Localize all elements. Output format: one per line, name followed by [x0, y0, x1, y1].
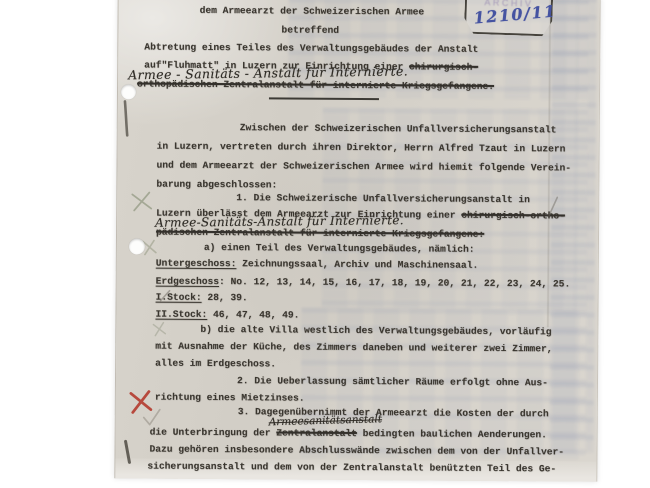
typed-line-betreffend: betreffend: [281, 24, 339, 36]
struck-segment: pädischen Zentralanstalt für internierte…: [156, 227, 484, 240]
typed-line: alles im Erdgeschoss.: [155, 358, 276, 371]
archival-document-photo: ARCHIV 1210/111 und dem Armeearzt der Sc…: [0, 0, 650, 488]
typed-line: Zwischen der Schweizerischen Unfallversi…: [240, 122, 557, 136]
typed-line-stock-2: II.Stock: 46, 47, 48, 49.: [155, 309, 299, 322]
typed-line-party: dem Armeearzt der Schweizerischen Armee: [200, 5, 425, 19]
typed-line-clause-2: 2. Die Ueberlassung sämtlicher Räume erf…: [237, 375, 548, 389]
red-x-mark: [131, 391, 151, 412]
typed-line-subject-3: orthopädischen Zentralanstalt für intern…: [137, 78, 494, 92]
typed-segment: 28, 39.: [202, 292, 248, 303]
typed-line: richtung eines Mietzinses.: [155, 392, 305, 405]
underlined-label: II.Stock:: [155, 309, 207, 320]
typed-segment: Zeichnungssaal, Archiv und Maschinensaal…: [236, 258, 478, 271]
underlined-label: I.Stock:: [156, 292, 202, 303]
typed-segment: die Unterbringung der: [150, 427, 277, 439]
typed-line-conjunction: und: [277, 0, 294, 2]
handwritten-replacement-word: Armeesanitätsanstalt: [269, 413, 383, 428]
typed-line-stock-1: I.Stock: 28, 39.: [156, 292, 248, 305]
punch-hole: [129, 238, 145, 254]
typed-line-clause-1: 1. Die Schweizerische Unfallversicherung…: [236, 192, 530, 206]
typed-line-item-b: b) die alte Villa westlich des Verwaltun…: [200, 324, 551, 338]
pencil-x-mark: [132, 192, 151, 210]
typed-line: Dazu gehören insbesondere Abschlusswände…: [149, 444, 564, 459]
pencil-check-mark: [144, 410, 160, 425]
typed-segment: bedingten baulichen Aenderungen.: [357, 428, 547, 440]
struck-segment: chirurgisch-: [409, 61, 478, 72]
underlined-label: Untergeschoss:: [156, 258, 237, 270]
struck-segment: orthopädischen Zentralanstalt für intern…: [137, 78, 494, 91]
archive-stamp-box: ARCHIV 1210/111: [464, 0, 554, 37]
typed-line: die Unterbringung der Zentralanstalt bed…: [150, 427, 547, 442]
typed-line: pädischen Zentralanstalt für internierte…: [156, 227, 484, 241]
pencil-x-mark: [153, 323, 165, 336]
typed-segment: : No. 12, 13, 14, 15, 16, 17, 18, 19, 20…: [219, 276, 570, 289]
struck-segment: Zentralanstalt: [276, 427, 357, 439]
document-page: ARCHIV 1210/111 und dem Armeearzt der Sc…: [114, 0, 600, 482]
typed-line: barung abgeschlossen:: [156, 179, 277, 192]
typed-line-subject-1: Abtretung eines Teiles des Verwaltungsge…: [144, 42, 478, 56]
underlined-label: Erdgeschoss: [156, 276, 219, 287]
typed-segment: 46, 47, 48, 49.: [207, 309, 299, 321]
typed-line-item-a: a) einen Teil des Verwaltungsgebäudes, n…: [204, 242, 475, 256]
typed-line-untergeschoss: Untergeschoss: Zeichnungssaal, Archiv un…: [156, 258, 478, 272]
struck-segment: chirurgisch-ortho-: [461, 210, 565, 222]
punch-hole: [121, 84, 136, 99]
